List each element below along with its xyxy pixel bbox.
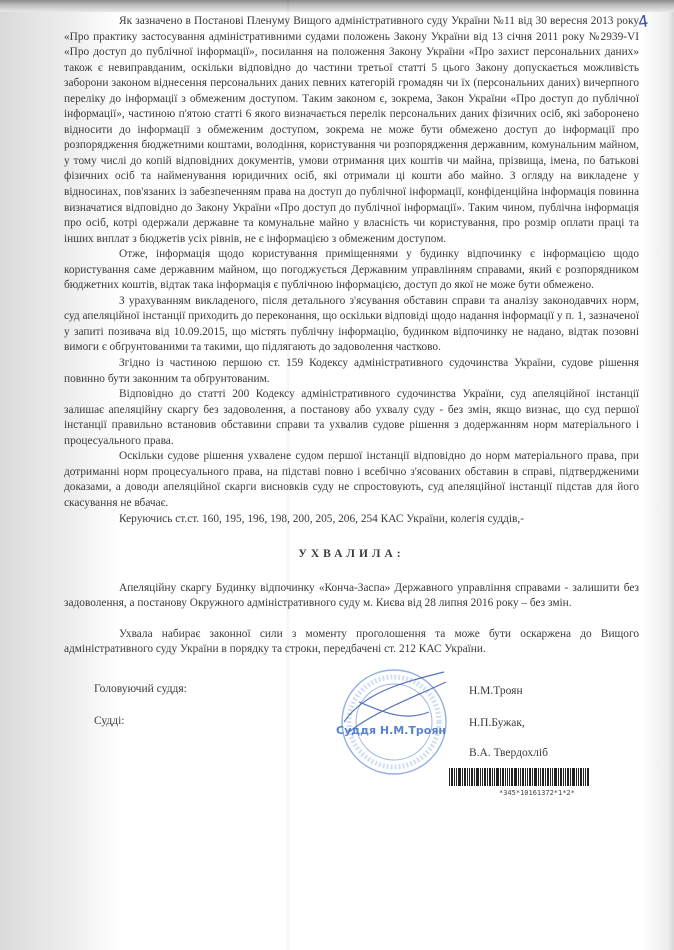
document-barcode bbox=[449, 768, 646, 786]
signature-block: Головуючий суддя: Судді: Н.М.Троян Н.П.Б… bbox=[64, 674, 639, 809]
document-page: Як зазначено в Постанові Пленуму Вищого … bbox=[64, 14, 639, 809]
court-seal-stamp-icon: Суддя Н.М.Троян bbox=[334, 662, 454, 787]
judge-name-1: Н.П.Бужак, bbox=[469, 716, 525, 732]
paragraph-2: Отже, інформація щодо користування примі… bbox=[64, 247, 639, 294]
paragraph-3: З урахуванням викладеного, після детальн… bbox=[64, 294, 639, 356]
judges-label: Судді: bbox=[94, 714, 125, 730]
paragraph-5: Відповідно до статті 200 Кодексу адмініс… bbox=[64, 387, 639, 449]
judge-name-2: В.А. Твердохліб bbox=[469, 746, 548, 762]
presiding-judge-label: Головуючий суддя: bbox=[94, 682, 187, 698]
paragraph-1: Як зазначено в Постанові Пленуму Вищого … bbox=[64, 14, 639, 247]
svg-text:Суддя Н.М.Троян: Суддя Н.М.Троян bbox=[336, 724, 446, 737]
ruling-heading: УХВАЛИЛА: bbox=[64, 547, 639, 563]
paragraph-4: Згідно із частиною першою ст. 159 Кодекс… bbox=[64, 356, 639, 387]
resolution-paragraph-2: Ухвала набирає законної сили з моменту п… bbox=[64, 627, 639, 658]
presiding-judge-name: Н.М.Троян bbox=[469, 684, 523, 700]
paragraph-6: Оскільки судове рішення ухвалене судом п… bbox=[64, 449, 639, 511]
resolution-paragraph-1: Апеляційну скаргу Будинку відпочинку «Ко… bbox=[64, 581, 639, 612]
paragraph-7: Керуючись ст.ст. 160, 195, 196, 198, 200… bbox=[64, 512, 639, 528]
barcode-number: *345*10161372*1*2* bbox=[499, 786, 575, 802]
scan-top-shadow bbox=[0, 0, 674, 12]
